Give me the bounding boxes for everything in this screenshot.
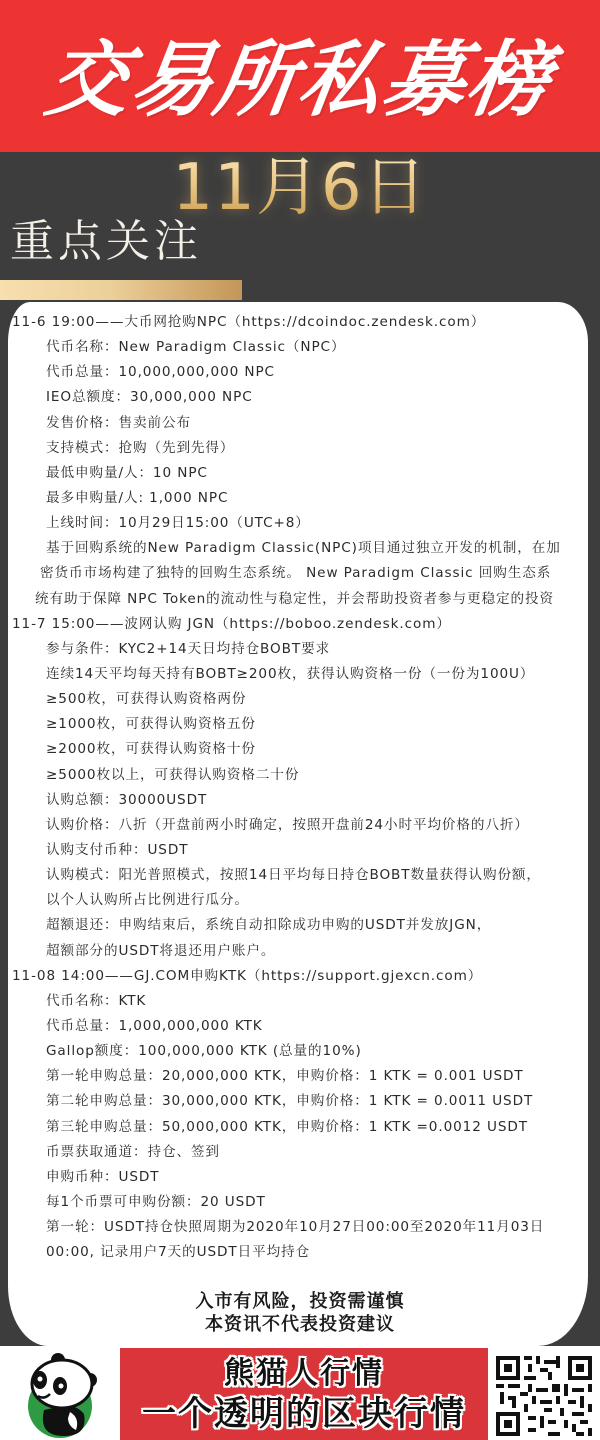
event-heading-npc: 11-6 19:00——大币网抢购NPC（https://dcoindoc.ze… [12,310,592,335]
qr-code-icon[interactable] [492,1352,596,1440]
footer-brand-banner: 熊猫人行情 一个透明的区块行情 [120,1348,488,1440]
disclaimer-line-1: 入市有风险，投资需谨慎 [0,1290,600,1313]
line-item: 认购支付币种：USDT [12,838,592,863]
line-item: 认购总额：30000USDT [12,788,592,813]
line-item: 第一轮申购总量：20,000,000 KTK，申购价格：1 KTK = 0.00… [12,1064,592,1089]
line-item: ≥2000枚，可获得认购资格十份 [12,737,592,762]
description-paragraph: 密货币市场构建了独特的回购生态系统。 New Paradigm Classic … [12,561,592,586]
line-item: 发售价格：售卖前公布 [12,411,592,436]
line-item: ≥500枚，可获得认购资格两份 [12,687,592,712]
line-item: 超额退还：申购结束后，系统自动扣除成功申购的USDT并发放JGN， [12,913,592,938]
line-item: 超额部分的USDT将退还用户账户。 [12,939,592,964]
line-item: 支持模式：抢购（先到先得） [12,436,592,461]
line-item: 参与条件：KYC2+14天日均持仓BOBT要求 [12,637,592,662]
risk-disclaimer: 入市有风险，投资需谨慎 本资讯不代表投资建议 [0,1290,600,1336]
panda-logo-icon [18,1352,102,1438]
description-paragraph: 统有助于保障 NPC Token的流动性与稳定性，并会帮助投资者参与更稳定的投资 [12,587,592,612]
line-item: 第一轮：USDT持仓快照周期为2020年10月27日00:00至2020年11月… [12,1215,592,1240]
line-item: 最多申购量/人: 1,000 NPC [12,486,592,511]
line-item: IEO总额度：30,000,000 NPC [12,385,592,410]
disclaimer-line-2: 本资讯不代表投资建议 [0,1313,600,1336]
line-item: 第三轮申购总量：50,000,000 KTK，申购价格：1 KTK =0.001… [12,1115,592,1140]
gold-divider-bar [0,280,242,300]
event-heading-jgn: 11-7 15:00——波网认购 JGN（https://boboo.zende… [12,612,592,637]
line-item: 代币总量：1,000,000,000 KTK [12,1014,592,1039]
brand-slogan: 一个透明的区块行情 [142,1394,466,1434]
hero-banner: 交易所私募榜 [0,0,600,152]
card-text: 11-6 19:00——大币网抢购NPC（https://dcoindoc.ze… [12,310,592,1265]
line-item: ≥1000枚，可获得认购资格五份 [12,712,592,737]
line-item: 认购价格：八折（开盘前两小时确定，按照开盘前24小时平均价格的八折） [12,813,592,838]
line-item: 认购模式：阳光普照模式，按照14日平均每日持仓BOBT数量获得认购份额， [12,863,592,888]
line-item: 第二轮申购总量：30,000,000 KTK，申购价格：1 KTK = 0.00… [12,1089,592,1114]
line-item: 代币总量：10,000,000,000 NPC [12,360,592,385]
line-item: 代币名称：New Paradigm Classic（NPC） [12,335,592,360]
line-item: 代币名称：KTK [12,989,592,1014]
description-paragraph: 基于回购系统的New Paradigm Classic(NPC)项目通过独立开发… [12,536,592,561]
brand-name: 熊猫人行情 [224,1354,384,1394]
section-label: 重点关注 [10,216,202,268]
line-item: 每1个币票可申购份额：20 USDT [12,1190,592,1215]
hero-title: 交易所私募榜 [40,15,560,132]
line-item: 币票获取通道：持仓、签到 [12,1140,592,1165]
line-item: Gallop额度：100,000,000 KTK (总量的10%) [12,1039,592,1064]
date-heading: 11月6日 [0,152,600,224]
event-heading-ktk: 11-08 14:00——GJ.COM申购KTK（https://support… [12,964,592,989]
line-item: 00:00, 记录用户7天的USDT日平均持仓 [12,1240,592,1265]
line-item: 连续14天平均每天持有BOBT≥200枚，获得认购资格一份（一份为100U） [12,662,592,687]
line-item: 最低申购量/人：10 NPC [12,461,592,486]
line-item: 以个人认购所占比例进行瓜分。 [12,888,592,913]
line-item: 上线时间：10月29日15:00（UTC+8） [12,511,592,536]
line-item: ≥5000枚以上，可获得认购资格二十份 [12,763,592,788]
line-item: 申购币种：USDT [12,1165,592,1190]
